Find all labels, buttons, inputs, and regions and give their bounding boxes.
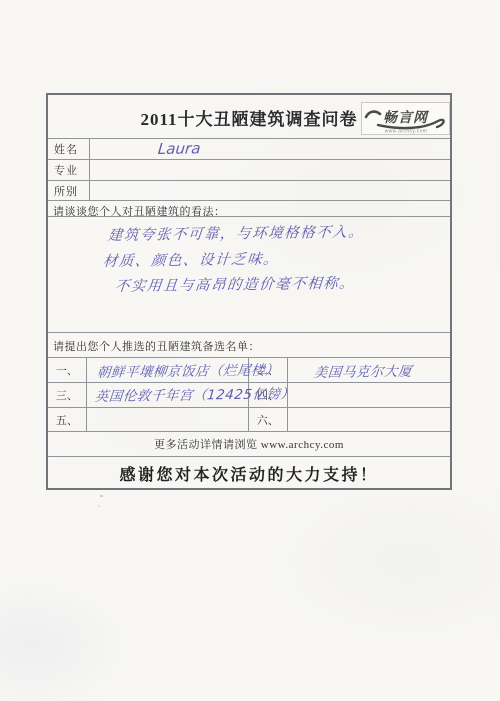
opinion-question-label: 请谈谈您个人对丑陋建筑的看法： bbox=[48, 201, 450, 217]
scan-speck bbox=[100, 495, 103, 497]
candidate-row-2: 三、 英国伦敦千年宫（12425亿镑） 四、 bbox=[48, 383, 450, 408]
logo-url: www.archcy.com bbox=[385, 129, 428, 135]
candidate-cell-4 bbox=[288, 383, 450, 407]
candidate-number-3: 三、 bbox=[48, 383, 87, 407]
more-info-note: 更多活动详情请浏览 www.archcy.com bbox=[48, 432, 450, 457]
department-label: 所别 bbox=[48, 181, 90, 200]
field-row-department: 所别 bbox=[48, 181, 450, 201]
candidate-number-1: 一、 bbox=[48, 358, 87, 382]
handwritten-opinion-line-1: 建筑夸张不可靠，与环境格格不入。 bbox=[107, 220, 365, 245]
major-value-cell bbox=[90, 160, 450, 180]
candidate-cell-5 bbox=[87, 408, 248, 431]
handwritten-candidate-2: 美国马克尔大厦 bbox=[313, 360, 413, 381]
candidate-cell-1: 朝鲜平壤柳京饭店（烂尾楼） bbox=[87, 358, 248, 382]
scan-speck bbox=[98, 505, 100, 507]
logo-text: 畅言网 bbox=[383, 109, 430, 125]
candidates-question-label: 请提出您个人推选的丑陋建筑备选名单： bbox=[48, 333, 450, 358]
handwritten-candidate-3: 英国伦敦千年宫（12425亿镑） bbox=[94, 382, 296, 405]
candidate-number-6: 六、 bbox=[248, 408, 288, 431]
changyan-logo: 畅言网 www.archcy.com bbox=[361, 102, 450, 135]
candidate-number-5: 五、 bbox=[48, 408, 87, 431]
handwritten-opinion-line-2: 材质、颜色、设计乏味。 bbox=[102, 248, 280, 271]
scanned-questionnaire-page: 2011十大丑陋建筑调查问卷 畅言网 www.archcy.com 姓名 Lau… bbox=[0, 0, 500, 701]
questionnaire-form: 2011十大丑陋建筑调查问卷 畅言网 www.archcy.com 姓名 Lau… bbox=[46, 93, 452, 490]
field-row-major: 专业 bbox=[48, 160, 450, 181]
candidate-row-3: 五、 六、 bbox=[48, 408, 450, 432]
candidate-row-1: 一、 朝鲜平壤柳京饭店（烂尾楼） 二、 美国马克尔大厦 bbox=[48, 358, 450, 383]
candidate-cell-2: 美国马克尔大厦 bbox=[288, 358, 450, 382]
candidate-cell-3: 英国伦敦千年宫（12425亿镑） bbox=[87, 383, 248, 407]
handwritten-name: Laura bbox=[157, 139, 201, 158]
candidate-cell-6 bbox=[288, 408, 450, 431]
name-value-cell: Laura bbox=[90, 139, 450, 159]
handwritten-opinion-line-3: 不实用且与高昂的造价毫不相称。 bbox=[114, 272, 356, 296]
department-value-cell bbox=[90, 181, 450, 200]
thanks-message: 感谢您对本次活动的大力支持！ bbox=[48, 457, 450, 489]
opinion-answer-box: 建筑夸张不可靠，与环境格格不入。 材质、颜色、设计乏味。 不实用且与高昂的造价毫… bbox=[48, 217, 450, 333]
field-row-name: 姓名 Laura bbox=[48, 139, 450, 160]
major-label: 专业 bbox=[48, 160, 90, 180]
form-header: 2011十大丑陋建筑调查问卷 畅言网 www.archcy.com bbox=[48, 95, 450, 139]
handwritten-candidate-1: 朝鲜平壤柳京饭店（烂尾楼） bbox=[96, 358, 280, 381]
name-label: 姓名 bbox=[48, 139, 90, 159]
changyan-logo-icon: 畅言网 www.archcy.com bbox=[362, 103, 449, 134]
